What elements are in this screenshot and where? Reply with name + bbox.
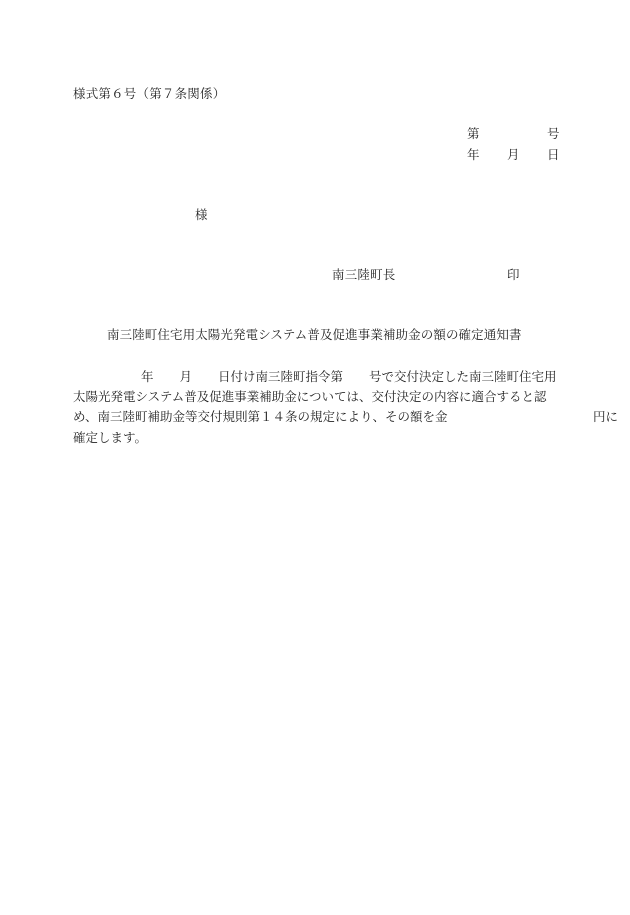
date-year: 年 bbox=[467, 147, 480, 162]
body-line1-rest: 号で交付決定した南三陸町住宅用 bbox=[369, 369, 557, 384]
body-line-2: 太陽光発電システム普及促進事業補助金については、交付決定の内容に適合すると認 bbox=[73, 389, 618, 404]
date-month: 月 bbox=[507, 147, 520, 162]
issuer-title: 南三陸町長 bbox=[332, 267, 396, 282]
body-line3-suffix: 円に bbox=[593, 409, 618, 424]
document-page: { "form_label": "様式第６号（第７条関係）", "header_… bbox=[0, 0, 630, 915]
body-line-4: 確定します。 bbox=[73, 430, 618, 445]
body-day-text: 日付け南三陸町指令第 bbox=[218, 369, 343, 384]
body-line3-text: め、南三陸町補助金等交付規則第１４条の規定により、その額を金 bbox=[73, 409, 448, 424]
addressee-suffix: 様 bbox=[195, 207, 208, 222]
document-number-suffix: 号 bbox=[547, 126, 560, 141]
seal-mark: 印 bbox=[507, 267, 520, 282]
body-month: 月 bbox=[180, 369, 193, 384]
body-line-1: 年月日付け南三陸町指令第号で交付決定した南三陸町住宅用 bbox=[73, 369, 618, 384]
form-label: 様式第６号（第７条関係） bbox=[73, 86, 225, 101]
document-number-prefix: 第 bbox=[467, 126, 480, 141]
date-day: 日 bbox=[547, 147, 560, 162]
document-title: 南三陸町住宅用太陽光発電システム普及促進事業補助金の額の確定通知書 bbox=[107, 327, 522, 342]
body-line-3: め、南三陸町補助金等交付規則第１４条の規定により、その額を金 円に bbox=[73, 409, 618, 424]
body-year: 年 bbox=[141, 369, 154, 384]
